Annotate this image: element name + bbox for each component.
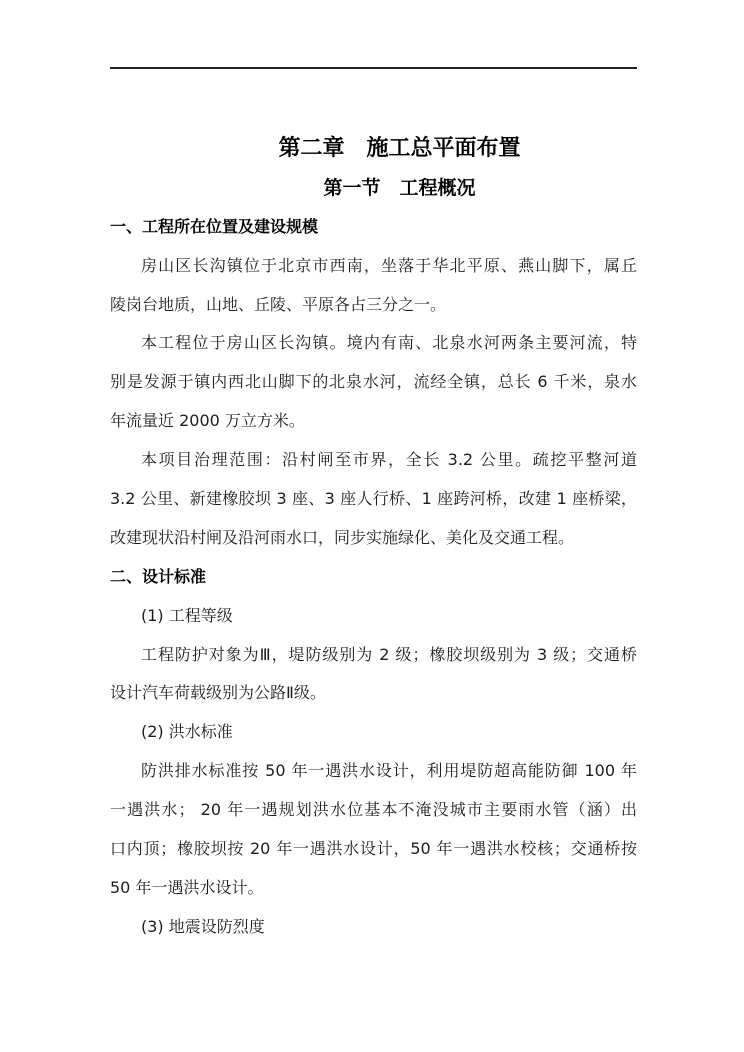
paragraph-line: 设计汽车荷载级别为公路Ⅱ级。 — [110, 674, 637, 713]
document-page: 第二章 施工总平面布置 第一节 工程概况 一、工程所在位置及建设规模 房山区长沟… — [0, 0, 744, 1052]
document-body: 第二章 施工总平面布置 第一节 工程概况 一、工程所在位置及建设规模 房山区长沟… — [110, 130, 637, 947]
list-item-flood-standard: (2) 洪水标准 — [110, 713, 637, 752]
heading-design-standards: 二、设计标准 — [110, 558, 637, 597]
paragraph-line: 房山区长沟镇位于北京市西南，坐落于华北平原、燕山脚下，属丘 — [110, 247, 637, 286]
list-item-project-grade: (1) 工程等级 — [110, 597, 637, 636]
paragraph-line: 一遇洪水； 20 年一遇规划洪水位基本不淹没城市主要雨水管（涵）出 — [110, 791, 637, 830]
paragraph-line: 本项目治理范围：沿村闸至市界，全长 3.2 公里。疏挖平整河道 — [110, 441, 637, 480]
paragraph-line: 陵岗台地质，山地、丘陵、平原各占三分之一。 — [110, 286, 637, 325]
list-item-seismic-intensity: (3) 地震设防烈度 — [110, 908, 637, 947]
paragraph-line: 防洪排水标准按 50 年一遇洪水设计，利用堤防超高能防御 100 年 — [110, 752, 637, 791]
header-rule — [110, 67, 637, 69]
section-title: 第一节 工程概况 — [136, 169, 663, 208]
paragraph-line: 别是发源于镇内西北山脚下的北泉水河，流经全镇，总长 6 千米，泉水 — [110, 363, 637, 402]
paragraph-line: 工程防护对象为Ⅲ，堤防级别为 2 级；橡胶坝级别为 3 级；交通桥 — [110, 636, 637, 675]
paragraph-line: 年流量近 2000 万立方米。 — [110, 402, 637, 441]
chapter-title: 第二章 施工总平面布置 — [136, 130, 663, 169]
paragraph-line: 50 年一遇洪水设计。 — [110, 869, 637, 908]
paragraph-line: 改建现状沿村闸及沿河雨水口，同步实施绿化、美化及交通工程。 — [110, 519, 637, 558]
paragraph-line: 3.2 公里、新建橡胶坝 3 座、3 座人行桥、1 座跨河桥，改建 1 座桥梁， — [110, 480, 637, 519]
paragraph-line: 口内顶；橡胶坝按 20 年一遇洪水设计，50 年一遇洪水校核；交通桥按 — [110, 830, 637, 869]
paragraph-line: 本工程位于房山区长沟镇。境内有南、北泉水河两条主要河流，特 — [110, 324, 637, 363]
heading-project-location: 一、工程所在位置及建设规模 — [110, 208, 637, 247]
